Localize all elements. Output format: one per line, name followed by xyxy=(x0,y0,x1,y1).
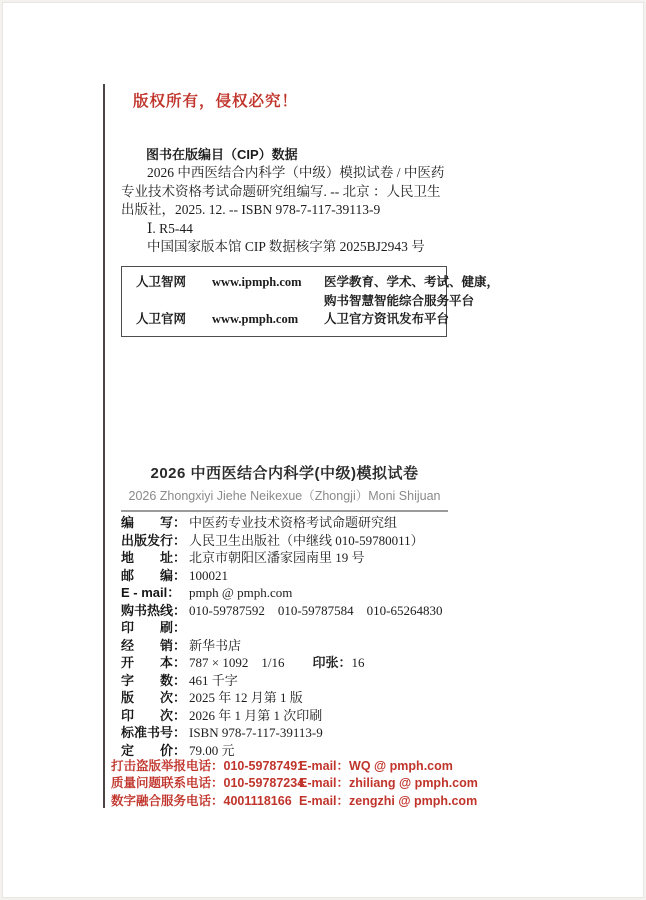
cip-line: 2026 中西医结合内科学（中级）模拟试卷 / 中医药 xyxy=(121,164,444,183)
title-divider xyxy=(121,510,448,512)
sheets-label: 印张： xyxy=(312,655,351,670)
cip-record: 2026 中西医结合内科学（中级）模拟试卷 / 中医药 专业技术资格考试命题研究… xyxy=(121,164,444,257)
detail-row: 购书热线：010-59787592 010-59787584 010-65264… xyxy=(121,602,591,620)
hotline-email: zengzhi @ pmph.com xyxy=(349,794,477,808)
hotline-row: 打击盗版举报电话：010-59787491E-mail：WQ @ pmph.co… xyxy=(111,758,478,775)
hotline-row: 质量问题联系电话：010-59787234E-mail：zhiliang @ p… xyxy=(111,775,478,792)
detail-row: 经 销：新华书店 xyxy=(121,637,591,655)
service-hotlines: 打击盗版举报电话：010-59787491E-mail：WQ @ pmph.co… xyxy=(111,758,478,810)
service-row: 人卫智网 www.ipmph.com 医学教育、学术、考试、健康， 购书智慧智能… xyxy=(122,273,446,310)
copyright-warning: 版权所有，侵权必究！ xyxy=(133,89,298,111)
hotline-phone: 4001118166 xyxy=(224,794,292,808)
site-name: 人卫智网 xyxy=(136,273,212,310)
hotline-label: 打击盗版举报电话： xyxy=(111,759,224,773)
hotline-email: zhiliang @ pmph.com xyxy=(349,776,478,790)
site-url: www.pmph.com xyxy=(212,310,324,329)
detail-row: 邮 编：100021 xyxy=(121,567,591,585)
cip-line: 出版社，2025. 12. -- ISBN 978-7-117-39113-9 xyxy=(121,201,444,220)
book-title-pinyin: 2026 Zhongxiyi Jiehe Neikexue（Zhongji）Mo… xyxy=(121,486,448,504)
site-url: www.ipmph.com xyxy=(212,273,324,310)
hotline-row: 数字融合服务电话：4001118166E-mail：zengzhi @ pmph… xyxy=(111,793,478,810)
hotline-phone: 010-59787491 xyxy=(224,759,305,773)
hotline-label: 质量问题联系电话： xyxy=(111,776,224,790)
cip-line: 中国国家版本馆 CIP 数据核字第 2025BJ2943 号 xyxy=(121,238,444,257)
detail-row: 标准书号：ISBN 978-7-117-39113-9 xyxy=(121,724,591,742)
hotline-email-label: E-mail： xyxy=(299,776,349,790)
detail-row: 出版发行：人民卫生出版社（中继线 010-59780011） xyxy=(121,532,591,550)
detail-row: 地 址：北京市朝阳区潘家园南里 19 号 xyxy=(121,549,591,567)
hotline-label: 数字融合服务电话： xyxy=(111,794,224,808)
book-title-cn: 2026 中西医结合内科学(中级)模拟试卷 xyxy=(121,462,448,483)
cip-line: 专业技术资格考试命题研究组编写. -- 北京 ：人民卫生 xyxy=(121,183,444,202)
service-row: 人卫官网 www.pmph.com 人卫官方资讯发布平台 xyxy=(122,310,446,329)
hotline-email-label: E-mail： xyxy=(299,759,349,773)
cip-line: Ⅰ. R5-44 xyxy=(121,220,444,239)
publication-details: 编 写：中医药专业技术资格考试命题研究组 出版发行：人民卫生出版社（中继线 01… xyxy=(121,514,591,759)
detail-row: 字 数：461 千字 xyxy=(121,672,591,690)
site-description: 人卫官方资讯发布平台 xyxy=(324,310,449,329)
book-title-block: 2026 中西医结合内科学(中级)模拟试卷 2026 Zhongxiyi Jie… xyxy=(121,462,448,512)
site-description: 医学教育、学术、考试、健康， 购书智慧智能综合服务平台 xyxy=(324,273,499,310)
copyright-page: 版权所有，侵权必究！ 图书在版编目（CIP）数据 2026 中西医结合内科学（中… xyxy=(3,3,643,897)
hotline-phone: 010-59787234 xyxy=(224,776,305,790)
hotline-email: WQ @ pmph.com xyxy=(349,759,453,773)
detail-row: 印 刷： xyxy=(121,619,591,637)
detail-row: E - mail：pmph @ pmph.com xyxy=(121,584,591,602)
cip-heading: 图书在版编目（CIP）数据 xyxy=(146,144,298,163)
detail-row: 印 次：2026 年 1 月第 1 次印刷 xyxy=(121,707,591,725)
left-margin-rule xyxy=(103,84,105,808)
detail-row: 编 写：中医药专业技术资格考试命题研究组 xyxy=(121,514,591,532)
detail-row: 版 次：2025 年 12 月第 1 版 xyxy=(121,689,591,707)
detail-row: 定 价：79.00 元 xyxy=(121,742,591,760)
publisher-service-box: 人卫智网 www.ipmph.com 医学教育、学术、考试、健康， 购书智慧智能… xyxy=(121,266,447,337)
detail-row: 开 本：787 × 1092 1/16印张：16 xyxy=(121,654,591,672)
site-name: 人卫官网 xyxy=(136,310,212,329)
hotline-email-label: E-mail： xyxy=(299,794,349,808)
